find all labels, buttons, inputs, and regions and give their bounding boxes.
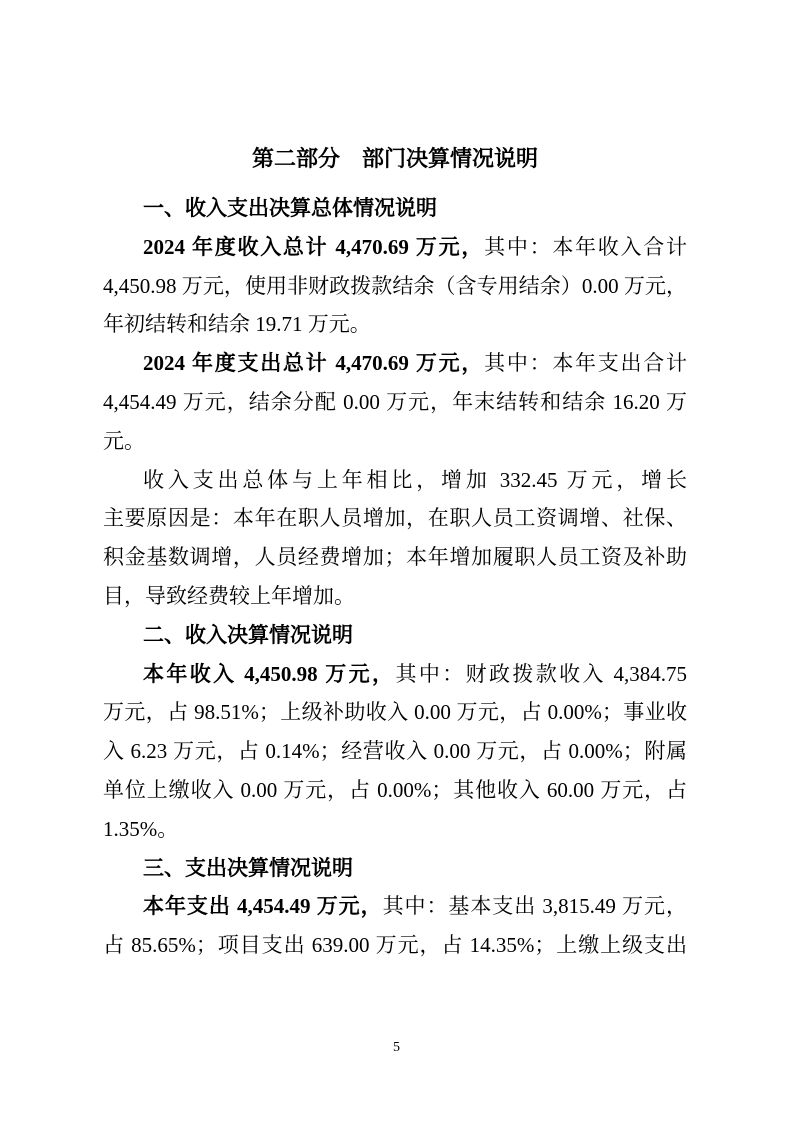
text-line: 2024 年度支出总计 4,470.69 万元，其中：本年支出合计 bbox=[103, 344, 687, 383]
section-heading: 一、收入支出决算总体情况说明 bbox=[103, 189, 687, 228]
text-line: 本年支出 4,454.49 万元，其中：基本支出 3,815.49 万元， bbox=[103, 887, 687, 926]
text-segment: 其中：基本支出 3,815.49 万元， bbox=[383, 894, 687, 918]
text-segment: 主要原因是：本年在职人员增加，在职人员工资调增、社保、公 bbox=[103, 506, 687, 538]
text-line: 收入支出总体与上年相比，增加 332.45 万元，增长 8.03%， bbox=[103, 461, 687, 500]
document-title: 第二部分 部门决算情况说明 bbox=[103, 139, 687, 178]
text-segment: 积金基数调增，人员经费增加；本年增加履职人员工资及补助项 bbox=[103, 545, 687, 577]
text-segment: 1.35%。 bbox=[103, 817, 178, 841]
text-segment: 4,454.49 万元，结余分配 0.00 万元，年末结转和结余 16.20 万 bbox=[103, 390, 687, 414]
document-page: 第二部分 部门决算情况说明 一、收入支出决算总体情况说明2024 年度收入总计 … bbox=[0, 0, 793, 1122]
text-line: 年初结转和结余 19.71 万元。 bbox=[103, 305, 687, 344]
section-heading: 二、收入决算情况说明 bbox=[103, 616, 687, 655]
text-segment: 收入支出总体与上年相比，增加 332.45 万元，增长 8.03%， bbox=[103, 468, 687, 500]
text-segment: 2024 年度收入总计 4,470.69 万元， bbox=[143, 235, 484, 259]
text-line: 入 6.23 万元，占 0.14%；经营收入 0.00 万元，占 0.00%；附… bbox=[103, 732, 687, 771]
text-line: 1.35%。 bbox=[103, 810, 687, 849]
text-line: 单位上缴收入 0.00 万元，占 0.00%；其他收入 60.00 万元，占 bbox=[103, 771, 687, 810]
text-segment: 本年收入 4,450.98 万元， bbox=[143, 662, 395, 686]
text-segment: 本年支出 4,454.49 万元， bbox=[143, 894, 383, 918]
text-line: 积金基数调增，人员经费增加；本年增加履职人员工资及补助项 bbox=[103, 538, 687, 577]
section-heading: 三、支出决算情况说明 bbox=[103, 849, 687, 888]
text-segment: 二、收入决算情况说明 bbox=[143, 624, 353, 647]
text-segment: 4,450.98 万元，使用非财政拨款结余（含专用结余）0.00 万元， bbox=[103, 274, 687, 298]
text-segment: 三、支出决算情况说明 bbox=[143, 857, 353, 880]
text-segment: 2024 年度支出总计 4,470.69 万元， bbox=[143, 351, 484, 375]
paragraph-lines: 一、收入支出决算总体情况说明2024 年度收入总计 4,470.69 万元，其中… bbox=[103, 189, 687, 965]
text-segment: 目，导致经费较上年增加。 bbox=[103, 584, 355, 608]
text-segment: 其中：本年支出合计 bbox=[484, 351, 687, 375]
text-segment: 其中：本年收入合计 bbox=[484, 235, 687, 259]
text-line: 2024 年度收入总计 4,470.69 万元，其中：本年收入合计 bbox=[103, 228, 687, 267]
text-segment: 占 85.65%；项目支出 639.00 万元，占 14.35%；上缴上级支出 bbox=[103, 933, 687, 957]
document-body: 第二部分 部门决算情况说明 一、收入支出决算总体情况说明2024 年度收入总计 … bbox=[103, 139, 687, 965]
text-line: 4,454.49 万元，结余分配 0.00 万元，年末结转和结余 16.20 万 bbox=[103, 383, 687, 422]
text-segment: 年初结转和结余 19.71 万元。 bbox=[103, 312, 371, 336]
text-segment: 万元，占 98.51%；上级补助收入 0.00 万元，占 0.00%；事业收 bbox=[103, 700, 687, 724]
text-line: 4,450.98 万元，使用非财政拨款结余（含专用结余）0.00 万元， bbox=[103, 267, 687, 306]
text-segment: 元。 bbox=[103, 429, 145, 453]
text-line: 主要原因是：本年在职人员增加，在职人员工资调增、社保、公 bbox=[103, 499, 687, 538]
text-segment: 一、收入支出决算总体情况说明 bbox=[143, 197, 437, 220]
text-segment: 单位上缴收入 0.00 万元，占 0.00%；其他收入 60.00 万元，占 bbox=[103, 778, 687, 802]
text-line: 元。 bbox=[103, 422, 687, 461]
text-line: 万元，占 98.51%；上级补助收入 0.00 万元，占 0.00%；事业收 bbox=[103, 693, 687, 732]
text-line: 占 85.65%；项目支出 639.00 万元，占 14.35%；上缴上级支出 bbox=[103, 926, 687, 965]
text-line: 目，导致经费较上年增加。 bbox=[103, 577, 687, 616]
text-segment: 其中：财政拨款收入 4,384.75 bbox=[395, 662, 687, 686]
text-segment: 入 6.23 万元，占 0.14%；经营收入 0.00 万元，占 0.00%；附… bbox=[103, 739, 687, 763]
page-number: 5 bbox=[0, 1040, 793, 1056]
text-line: 本年收入 4,450.98 万元，其中：财政拨款收入 4,384.75 bbox=[103, 655, 687, 694]
